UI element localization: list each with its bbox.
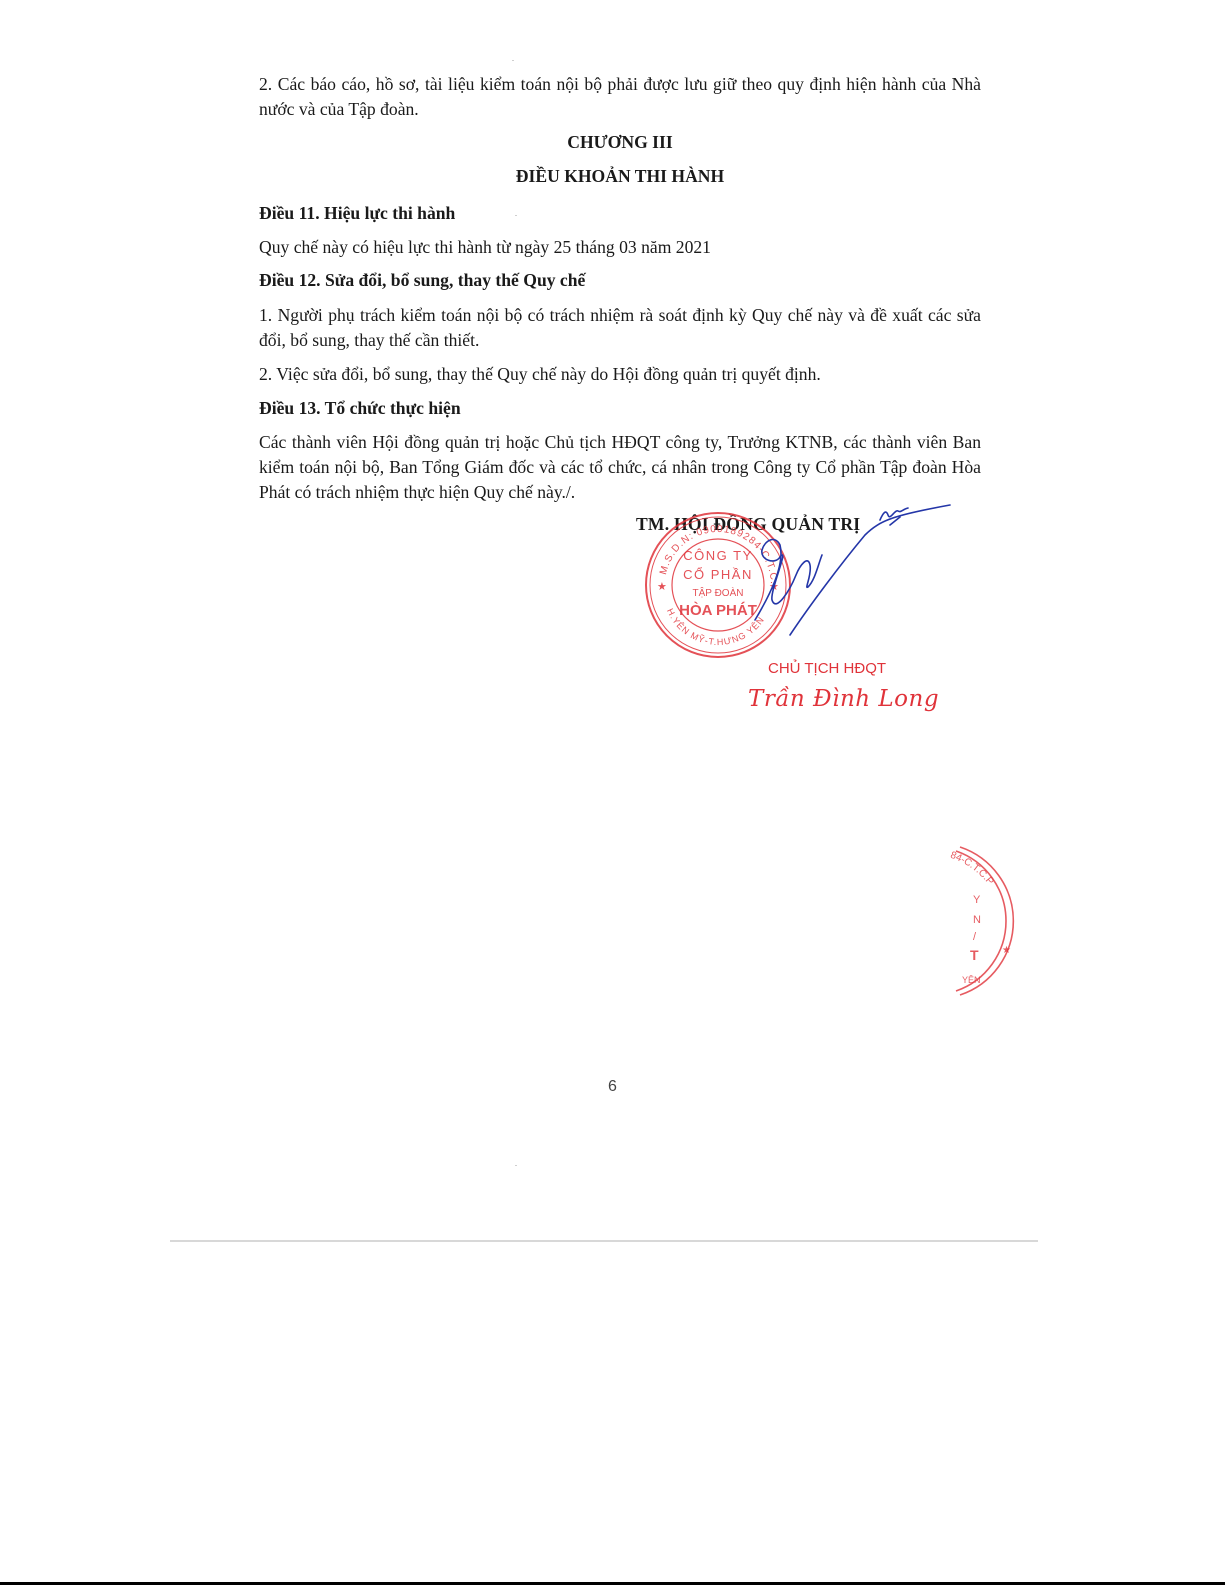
page-number: 6 [0, 1078, 1225, 1096]
article-12-paragraph-1: 1. Người phụ trách kiểm toán nội bộ có t… [259, 303, 981, 353]
footer-divider [170, 1240, 1038, 1242]
chairman-name: Trần Đình Long [748, 686, 939, 712]
article-11-paragraph: Quy chế này có hiệu lực thi hành từ ngày… [259, 235, 981, 260]
chapter-title: ĐIỀU KHOẢN THI HÀNH [259, 166, 981, 187]
scan-speck [515, 215, 517, 216]
article-12-heading: Điều 12. Sửa đổi, bổ sung, thay thế Quy … [259, 268, 981, 293]
chapter-label: CHƯƠNG III [259, 132, 981, 153]
intro-paragraph: 2. Các báo cáo, hồ sơ, tài liệu kiểm toá… [259, 72, 981, 122]
svg-text:Y: Y [973, 894, 981, 906]
svg-text:/: / [973, 931, 977, 943]
scan-speck [512, 60, 514, 61]
article-11-heading: Điều 11. Hiệu lực thi hành [259, 201, 981, 226]
svg-text:★: ★ [657, 581, 667, 593]
svg-text:T: T [970, 947, 979, 963]
chairman-title: CHỦ TỊCH HĐQT [768, 660, 886, 677]
document-page: 2. Các báo cáo, hồ sơ, tài liệu kiểm toá… [0, 0, 1225, 1585]
svg-text:★: ★ [1002, 945, 1011, 956]
article-12-paragraph-2: 2. Việc sửa đổi, bổ sung, thay thế Quy c… [259, 362, 981, 387]
scan-speck [515, 1165, 517, 1166]
svg-text:N: N [973, 914, 981, 926]
svg-text:84-C.T.C.P: 84-C.T.C.P [949, 850, 996, 888]
article-13-heading: Điều 13. Tổ chức thực hiện [259, 396, 981, 421]
partial-seal-icon: 84-C.T.C.P Y N / T ★ YÊN [900, 845, 1030, 1005]
signature-icon [700, 495, 960, 655]
svg-text:YÊN: YÊN [962, 975, 981, 985]
article-13-paragraph: Các thành viên Hội đồng quản trị hoặc Ch… [259, 430, 981, 505]
